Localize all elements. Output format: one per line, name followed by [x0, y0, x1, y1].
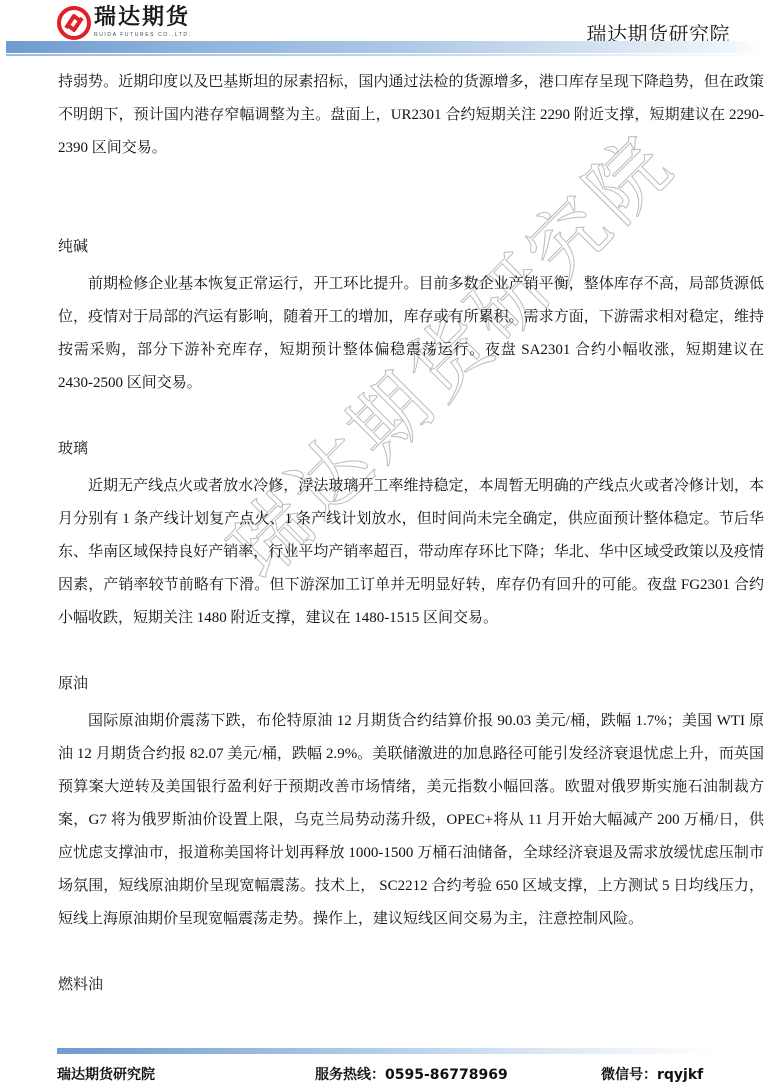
- spacer: [58, 635, 764, 668]
- section-title-glass: 玻璃: [58, 433, 764, 466]
- section-title-fuel-oil: 燃料油: [58, 969, 764, 1002]
- footer-hotline: 服务热线：0595-86778969: [315, 1064, 508, 1084]
- logo-chinese-name: 瑞达期货: [94, 6, 192, 30]
- report-body: 持弱势。近期印度以及巴基斯坦的尿素招标，国内通过法检的货源增多，港口库存呈现下降…: [58, 66, 764, 1002]
- spacer: [58, 936, 764, 969]
- logo-english-name: RUIDA FUTURES CO.,LTD.: [94, 32, 192, 38]
- spacer: [58, 165, 764, 231]
- company-logo: 瑞达期货 RUIDA FUTURES CO.,LTD.: [57, 6, 192, 40]
- section-title-crude-oil: 原油: [58, 668, 764, 701]
- footer-wechat: 微信号：rqyjkf: [601, 1064, 703, 1084]
- header-divider-line: [6, 54, 764, 56]
- page-header: 瑞达期货 RUIDA FUTURES CO.,LTD. 瑞达期货研究院: [0, 0, 770, 60]
- spacer: [58, 400, 764, 433]
- footer-org-name: 瑞达期货研究院: [57, 1064, 155, 1084]
- intro-paragraph: 持弱势。近期印度以及巴基斯坦的尿素招标，国内通过法检的货源增多，港口库存呈现下降…: [58, 66, 764, 165]
- header-divider-bar: [6, 41, 764, 53]
- ruida-logo-icon: [57, 6, 91, 40]
- footer-divider-bar: [57, 1048, 715, 1054]
- page-footer: 瑞达期货研究院 服务热线：0595-86778969 微信号：rqyjkf: [57, 1064, 737, 1086]
- section-body-glass: 近期无产线点火或者放水冷修，浮法玻璃开工率维持稳定，本周暂无明确的产线点火或者冷…: [58, 470, 764, 635]
- section-body-soda-ash: 前期检修企业基本恢复正常运行，开工环比提升。目前多数企业产销平衡，整体库存不高，…: [58, 268, 764, 400]
- section-body-crude-oil: 国际原油期价震荡下跌，布伦特原油 12 月期货合约结算价报 90.03 美元/桶…: [58, 705, 764, 936]
- section-title-soda-ash: 纯碱: [58, 231, 764, 264]
